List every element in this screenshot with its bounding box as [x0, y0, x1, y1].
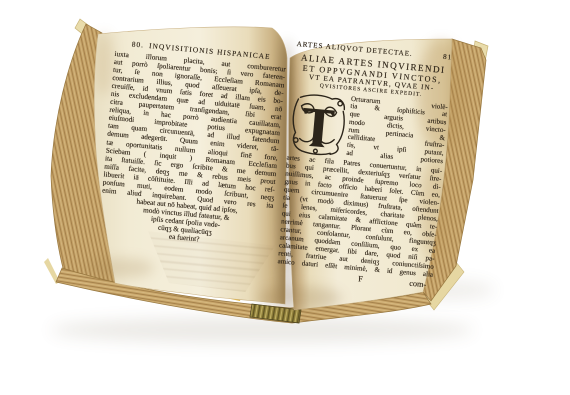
left-page-text: 80.INQVISITIONIS HISPANICAE iuxta illoru… [98, 38, 287, 250]
book-photo: 80.INQVISITIONIS HISPANICAE iuxta illoru… [0, 0, 570, 395]
foxing-spot [86, 258, 154, 278]
woodcut-initial-T-art [287, 90, 348, 157]
right-page-text: ARTES ALIQVOT DETECTAE. 81 ALIAE ARTES I… [276, 40, 452, 289]
left-page-number: 80. [131, 39, 144, 49]
drop-cap-intro-column: Orturarum violē- tia & ſophiſticis at qu… [346, 95, 448, 165]
right-page-number: 81 [443, 53, 453, 62]
catchword: com- [409, 278, 427, 288]
signature-mark: F [358, 274, 363, 283]
foxing-spot [258, 286, 342, 310]
woodcut-initial-T [287, 90, 348, 157]
